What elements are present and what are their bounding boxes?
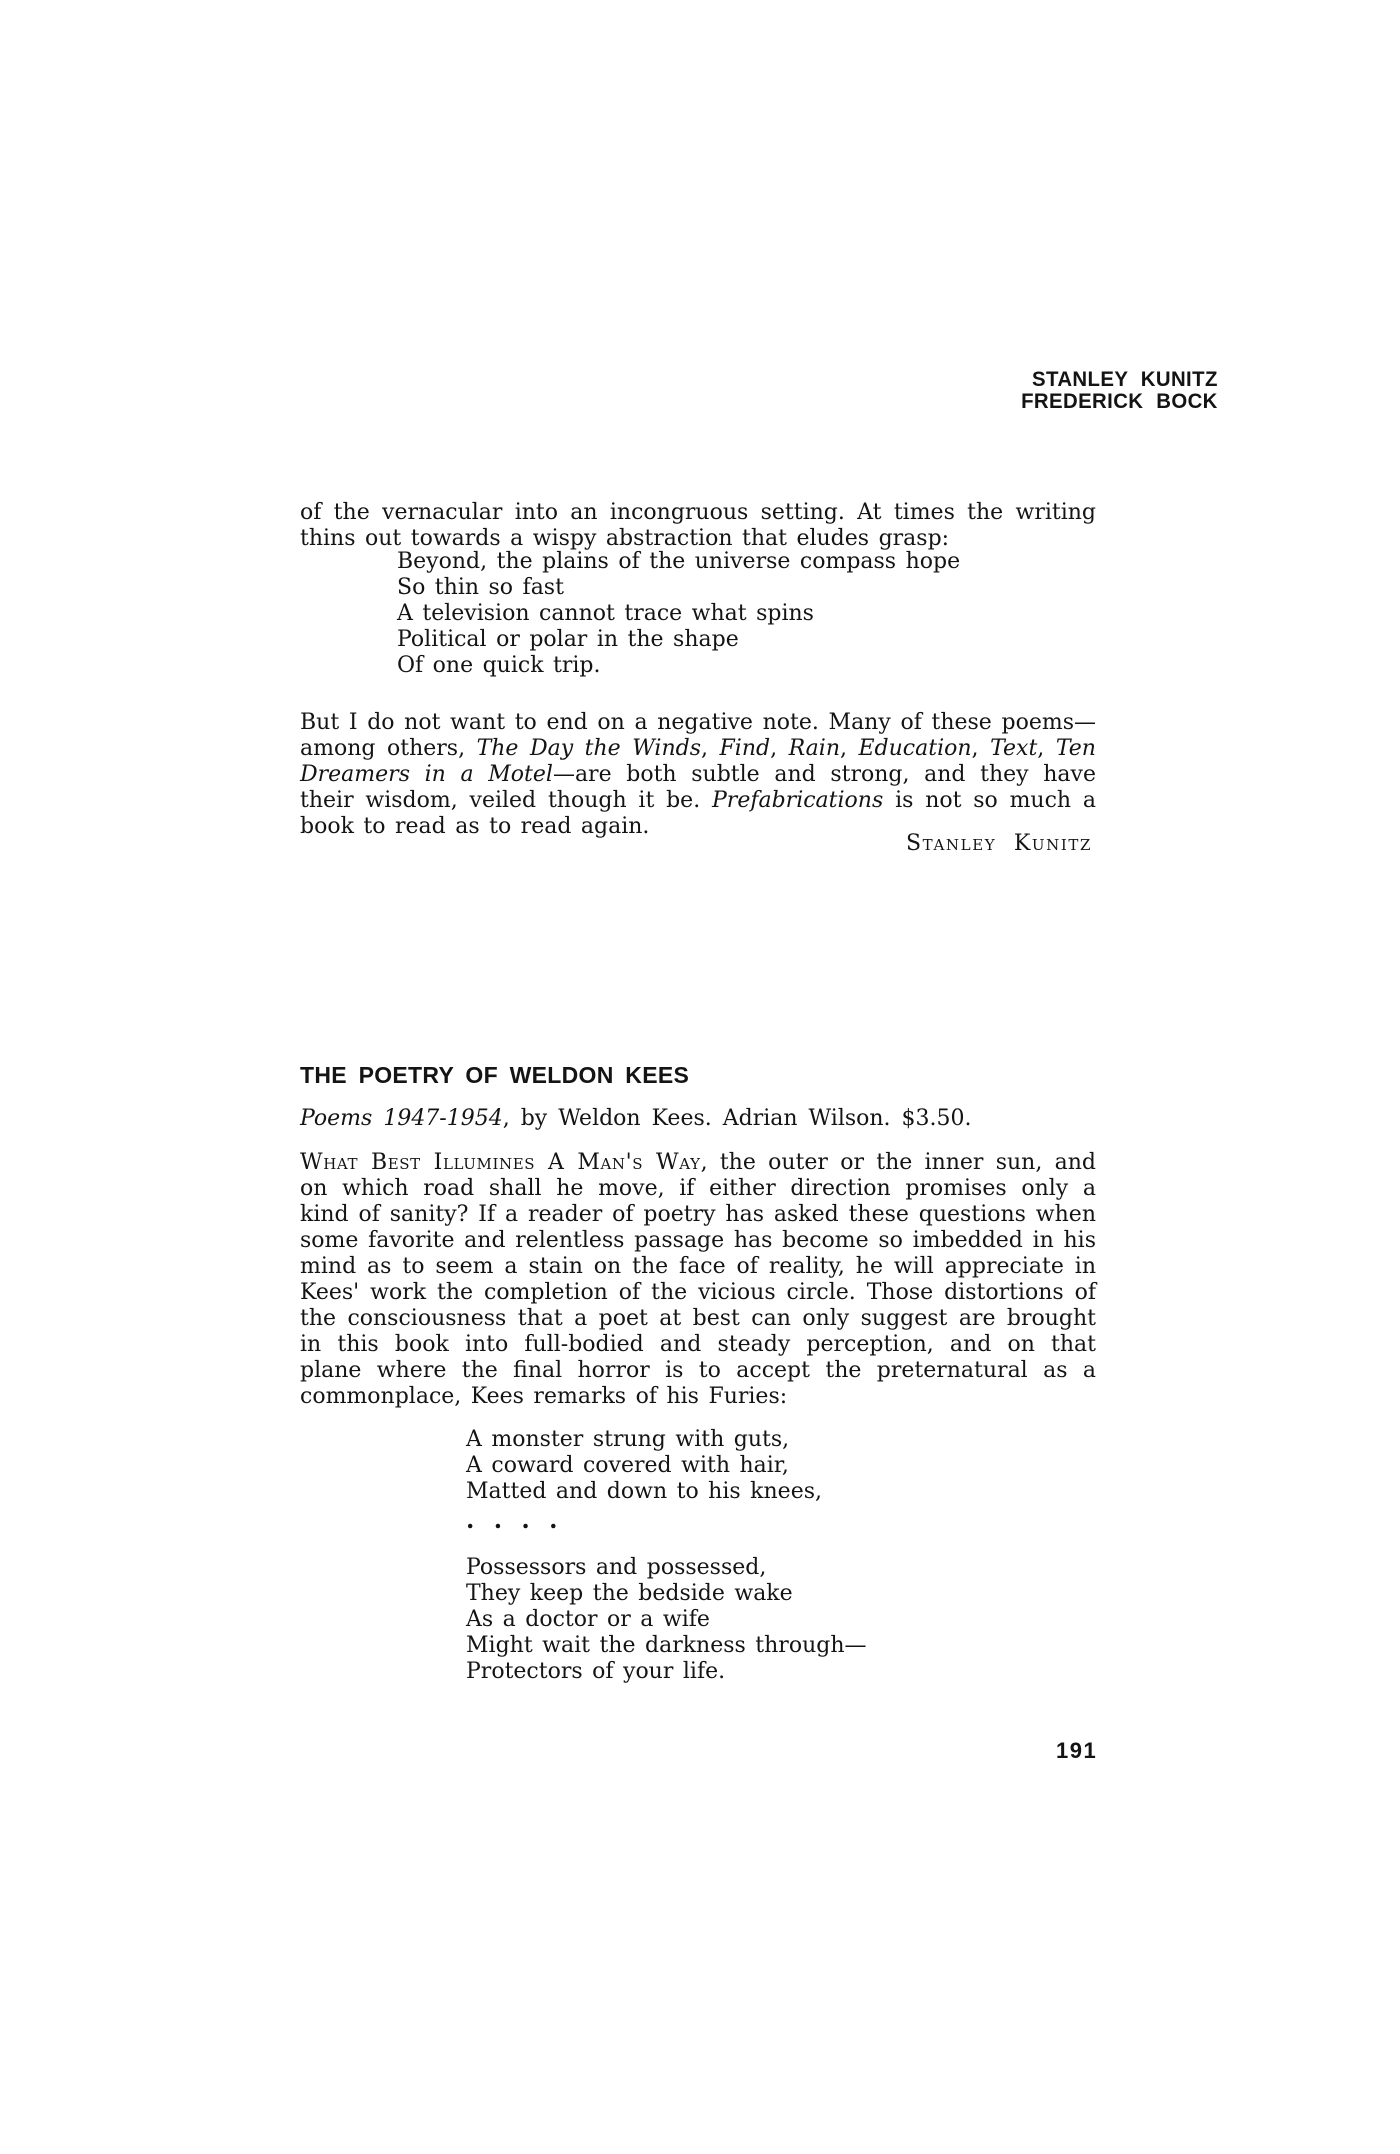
book-citation-line: Poems 1947-1954, by Weldon Kees. Adrian … xyxy=(300,1106,972,1131)
styled-text-segment: Text xyxy=(990,736,1037,761)
poem-line: Of one quick trip. xyxy=(397,653,960,679)
text-segment: , xyxy=(1037,736,1056,761)
poem-line: Political or polar in the shape xyxy=(397,627,960,653)
stanza-ellipsis-separator: . . . . xyxy=(466,1505,560,1534)
text-segment: , xyxy=(972,736,991,761)
poem-line: A coward covered with hair, xyxy=(466,1453,822,1479)
poem-line: As a doctor or a wife xyxy=(466,1607,867,1633)
styled-text-segment: Prefabrications xyxy=(712,788,883,813)
styled-text-segment: What Best Illumines A Man's Way xyxy=(300,1150,701,1175)
styled-text-segment: The Day the Winds xyxy=(477,736,701,761)
running-header-author-1: STANLEY KUNITZ xyxy=(1021,369,1218,391)
page-number: 191 xyxy=(1056,1738,1097,1764)
quoted-poem-stanza-1: A monster strung with guts,A coward cove… xyxy=(466,1427,822,1505)
quoted-poem-stanza-2: Possessors and possessed,They keep the b… xyxy=(466,1555,867,1685)
poem-line: They keep the bedside wake xyxy=(466,1581,867,1607)
review-paragraph-main: What Best Illumines A Man's Way, the out… xyxy=(300,1150,1096,1410)
styled-text-segment: Education xyxy=(859,736,972,761)
styled-text-segment: Find xyxy=(720,736,771,761)
review-paragraph-closing: But I do not want to end on a negative n… xyxy=(300,710,1096,840)
poem-line: Possessors and possessed, xyxy=(466,1555,867,1581)
review-title: THE POETRY OF WELDON KEES xyxy=(300,1062,689,1089)
styled-text-segment: Rain xyxy=(789,736,840,761)
poem-line: So thin so fast xyxy=(397,575,960,601)
text-segment: , by Weldon Kees. Adrian Wilson. $3.50. xyxy=(503,1106,972,1131)
running-header-author-2: FREDERICK BOCK xyxy=(1021,391,1218,413)
text-segment: , xyxy=(840,736,859,761)
reviewer-attribution: Stanley Kunitz xyxy=(906,831,1092,856)
poem-line: A television cannot trace what spins xyxy=(397,601,960,627)
review-paragraph-intro: of the vernacular into an incongruous se… xyxy=(300,500,1096,552)
poem-line: Beyond, the plains of the universe compa… xyxy=(397,549,960,575)
poem-line: Matted and down to his knees, xyxy=(466,1479,822,1505)
text-segment: , xyxy=(770,736,789,761)
text-segment: , the outer or the inner sun, and on whi… xyxy=(300,1150,1096,1409)
poem-line: A monster strung with guts, xyxy=(466,1427,822,1453)
scanned-book-review-page: STANLEY KUNITZ FREDERICK BOCK of the ver… xyxy=(0,0,1400,2154)
styled-text-segment: Poems 1947-1954 xyxy=(300,1106,503,1131)
quoted-poem-excerpt: Beyond, the plains of the universe compa… xyxy=(397,549,960,679)
poem-line: Might wait the darkness through— xyxy=(466,1633,867,1659)
text-segment: , xyxy=(701,736,720,761)
poem-line: Protectors of your life. xyxy=(466,1659,867,1685)
running-header: STANLEY KUNITZ FREDERICK BOCK xyxy=(1021,369,1218,412)
